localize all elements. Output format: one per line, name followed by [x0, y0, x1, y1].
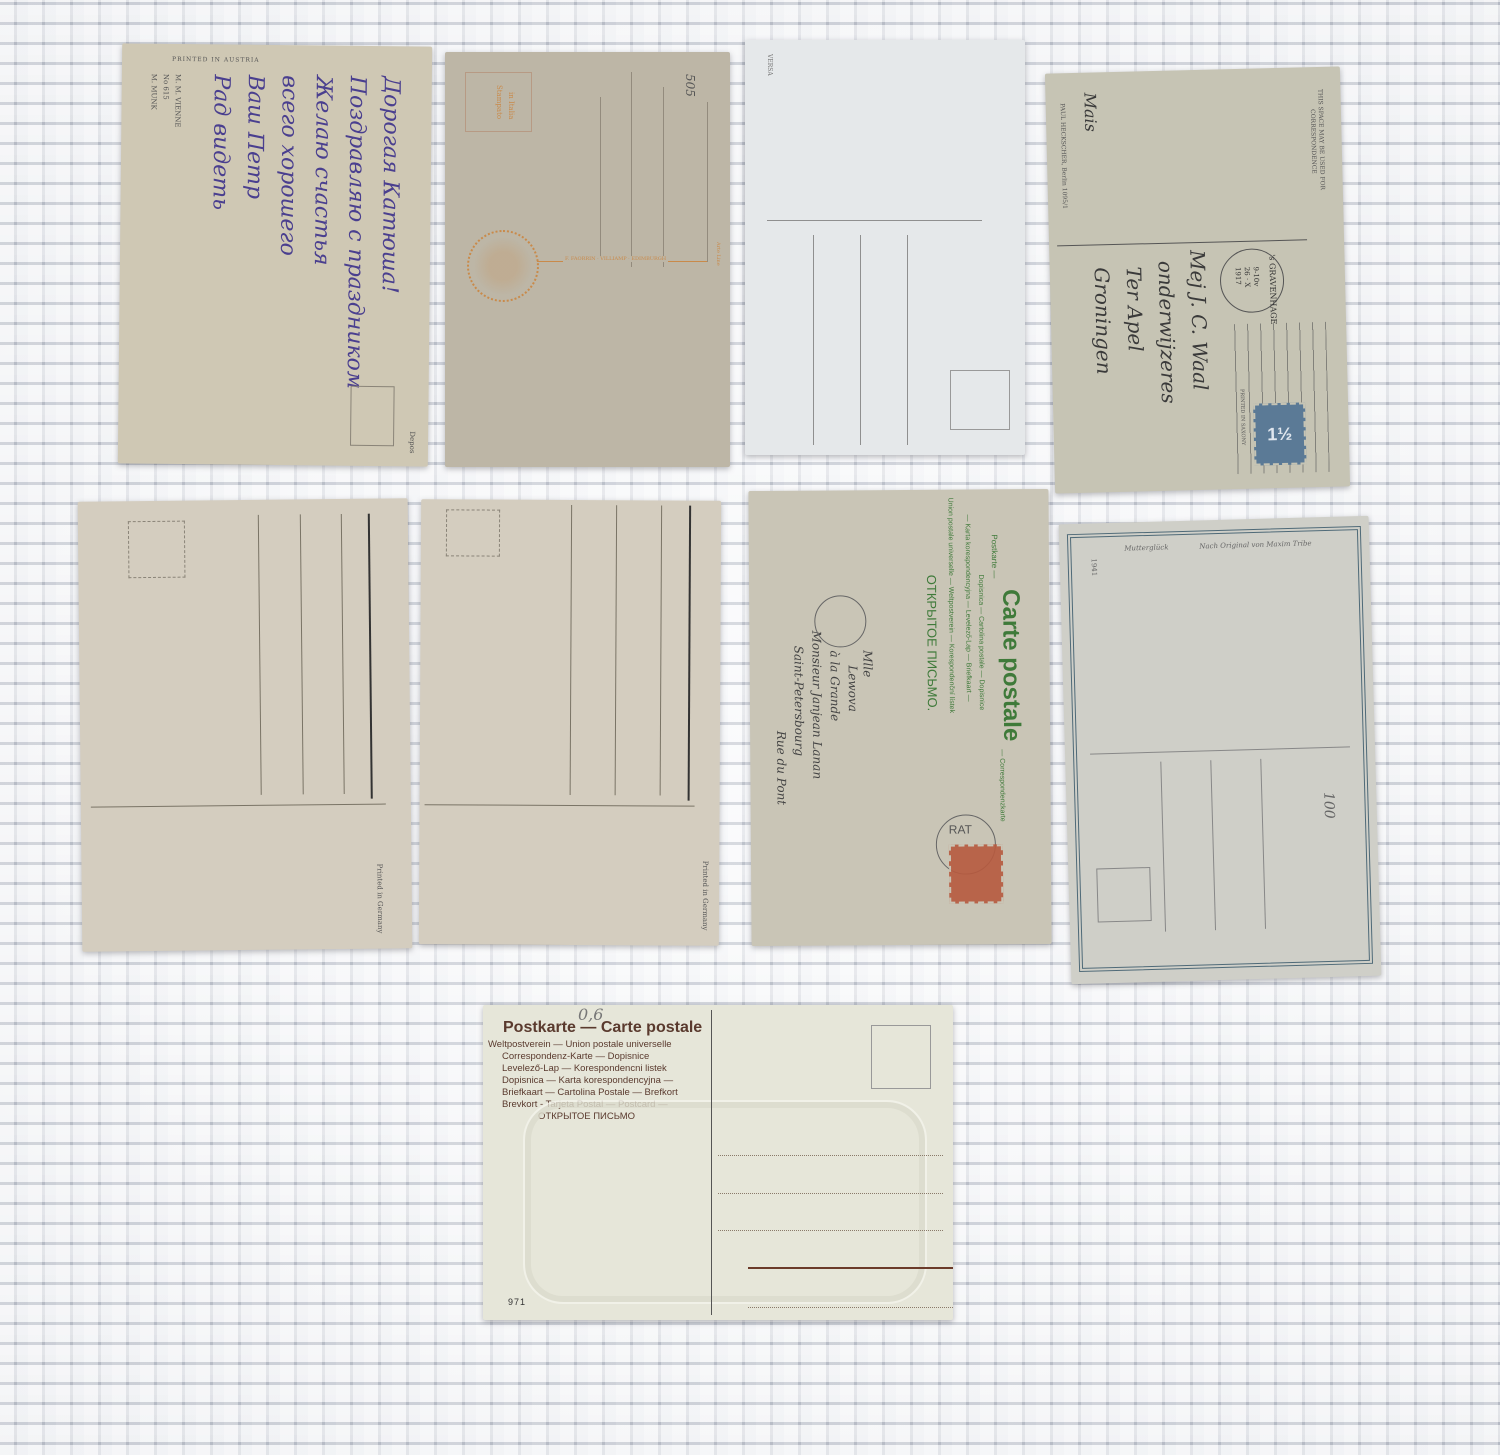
address-line [368, 514, 373, 799]
address-line [600, 97, 601, 262]
upu-line: — Karta korespondencyjna — Levelező-Lap … [964, 515, 972, 702]
title-tail: — Correspondenzkarte [998, 749, 1006, 821]
title-carte-postale: Carte postale [601, 1019, 702, 1036]
address-line [688, 506, 692, 801]
address-line [718, 1230, 943, 1232]
handwriting-line: Monsieur Janjean Lanan [809, 631, 824, 780]
correspondence-label: THIS SPACE MAY BE USED FOR [1316, 89, 1325, 190]
divider-line [91, 804, 386, 808]
address-line [570, 505, 573, 795]
address-line [718, 1193, 943, 1195]
printed-in-germany-label: Printed in Germany [701, 861, 709, 931]
title-mutterglueck: Mutterglück [1124, 543, 1168, 552]
stamp-box [871, 1025, 931, 1089]
pencil-note: 100 [1320, 792, 1337, 819]
address-line [860, 235, 861, 445]
handwriting-line: à la Grande [828, 650, 842, 721]
address-line [813, 235, 814, 445]
upu-line: Union postale universelle — Weltpostvere… [946, 498, 955, 713]
card-title: Postkarte — Carte postale [503, 1019, 702, 1037]
printed-in-austria-label: PRINTED IN AUSTRIA [172, 56, 260, 64]
handwriting-line: Поздравляю с праздником [342, 76, 370, 389]
stamp-box [446, 509, 500, 556]
title-dash: — [580, 1019, 596, 1036]
address-line-solid [748, 1267, 953, 1269]
postmark-time: 9-10v [1252, 266, 1260, 286]
address-line [767, 220, 982, 221]
title-lead: Postkarte — [990, 534, 999, 578]
stamp-box-text: in Italia [507, 92, 515, 119]
depos-label: Depos [408, 431, 416, 453]
publisher-tree-logo [467, 230, 539, 302]
printed-in-germany-label: Printed in Germany [375, 864, 384, 934]
stamp-box [1096, 867, 1151, 922]
handwriting-line: Mlle [861, 650, 875, 677]
postcard-plain-versa[interactable]: VERSA [745, 40, 1025, 455]
postcard-plain-germany-1[interactable]: Printed in Germany [78, 498, 413, 951]
stamp-box [128, 521, 186, 579]
address-line [707, 102, 708, 262]
address-line: Mej J. C. Waal [1185, 250, 1212, 391]
stamp-value: 1½ [1267, 423, 1293, 445]
upu-line: Correspondenz-Karte — Dopisnice [488, 1051, 708, 1063]
publisher-line: M. MUNK [150, 74, 158, 110]
handwriting-line: Lewova [846, 665, 860, 712]
corner-logo: VERSA [766, 54, 773, 76]
postmark-text: RAT [949, 823, 972, 837]
title-postkarte: Postkarte [503, 1019, 576, 1036]
upu-line: Dopisnica — Karta korespondencyjna — [488, 1075, 708, 1087]
handwriting-line: всего хорошего [275, 75, 302, 256]
address-line [300, 514, 304, 794]
card-title-carte-postale: Carte postale [996, 589, 1025, 741]
upu-line: Briefkaart — Cartolina Postale — Brefkor… [488, 1087, 708, 1099]
center-divider [711, 1010, 712, 1315]
address-line [631, 72, 632, 267]
address-line: Ter Apel [1122, 266, 1148, 352]
publisher-line: No 615 [162, 74, 170, 100]
address-line [718, 1155, 943, 1157]
handwriting-top: Mais [1080, 92, 1100, 132]
upu-line: Weltpostverein — Union postale universel… [488, 1039, 708, 1051]
address-line [258, 515, 262, 795]
postmark-year: 1917 [1234, 267, 1242, 285]
postmark-city: 's GRAVENHAGE [1267, 254, 1278, 324]
side-text: Arte Line [715, 242, 721, 266]
handwriting-line: Ваш Петр [242, 75, 268, 200]
handwriting-line: Rue du Pont [774, 731, 789, 805]
postcard-ornate-border[interactable]: Mutterglück Nach Original von Maxim Trib… [1059, 516, 1382, 984]
address-line [748, 1307, 953, 1309]
postcard-italian-orange-logo[interactable]: Stampato in Italia F. FAORRIN · VILLIAMP… [445, 52, 730, 467]
address-line: Groningen [1090, 267, 1117, 375]
handwriting-line: Рад видеть [207, 74, 233, 210]
address-line [660, 505, 663, 795]
divider-line [425, 804, 695, 806]
pencil-note: 505 [683, 74, 697, 97]
series-number: 971 [508, 1297, 526, 1307]
photo-background-crochet-lace: { "scene": { "description": "Nine vintag… [0, 0, 1500, 1455]
divider-publisher-text: F. FAORRIN · VILLIAMP · EDIMBURGH [563, 256, 668, 262]
postmark-date: 26 · X [1243, 267, 1252, 288]
handwriting-line: Дорогая Катюша! [377, 76, 404, 294]
side-number: 1941 [1090, 558, 1098, 576]
embossed-floral-pattern [523, 1100, 927, 1304]
upu-line: Dopisnica — Cartolina postale — Dopisnic… [977, 574, 985, 710]
postage-stamp-netherlands: 1½ [1253, 402, 1306, 465]
postage-stamp-red [949, 844, 1003, 903]
handwriting-line: Saint-Petersbourg [791, 646, 806, 756]
upu-line-russian: ОТКРЫТОЕ ПИСЬМО. [924, 575, 940, 712]
stamp-box [950, 370, 1010, 430]
address-line [907, 235, 908, 445]
address-line: onderwijzeres [1154, 260, 1181, 403]
address-line [663, 87, 664, 267]
publisher-label: PAUL HECKSCHER, Berlin 1095/1 [1059, 103, 1069, 209]
stamp-box-text: Stampato [495, 85, 503, 119]
upu-line: Levelező-Lap — Korespondencni listek [488, 1063, 708, 1075]
handwriting-line: Желаю счастья [309, 75, 336, 265]
address-line [341, 514, 345, 794]
postcard-embossed-floral[interactable]: 0,6 Postkarte — Carte postale Weltpostve… [483, 1005, 953, 1320]
postmark-circle [814, 595, 866, 647]
postcard-upu-green-text[interactable]: Postkarte — Carte postale — Corresponden… [748, 489, 1051, 946]
postcard-plain-germany-2[interactable]: Printed in Germany [419, 499, 721, 946]
postcard-handwritten-austria[interactable]: PRINTED IN AUSTRIA M. M. VIENNE No 615 M… [118, 43, 432, 466]
postcard-dutch-1917[interactable]: THIS SPACE MAY BE USED FOR CORRESPONDENC… [1045, 66, 1350, 493]
publisher-line: M. M. VIENNE [173, 74, 182, 128]
address-line [615, 505, 618, 795]
stamp-box [350, 386, 395, 446]
divider-line [1057, 239, 1307, 246]
